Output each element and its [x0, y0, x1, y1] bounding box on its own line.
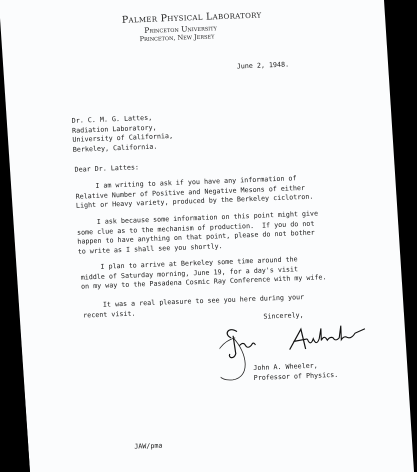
- paragraph: I am writing to ask if you have any info…: [75, 174, 313, 212]
- recipient-address: Dr. C. M. G. Lattes, Radiation Laborator…: [72, 113, 174, 155]
- reference-initials: JAW/pma: [134, 442, 163, 453]
- signer-title: Professor of Physics.: [254, 370, 339, 381]
- paragraph: I ask because some information on this p…: [76, 209, 319, 257]
- salutation: Dear Dr. Lattes:: [74, 163, 139, 175]
- letter-date: June 2, 1948.: [237, 60, 290, 72]
- recipient-line: Berkeley, California.: [73, 142, 158, 153]
- signer-name: John A. Wheeler,: [253, 362, 318, 372]
- letterhead-location: Princeton, New Jersey: [139, 32, 214, 43]
- signature-block: John A. Wheeler, Professor of Physics.: [253, 361, 338, 383]
- paragraph: I plan to arrive at Berkeley some time a…: [80, 254, 327, 292]
- letter-content: Palmer Physical Laboratory Princeton Uni…: [0, 0, 417, 472]
